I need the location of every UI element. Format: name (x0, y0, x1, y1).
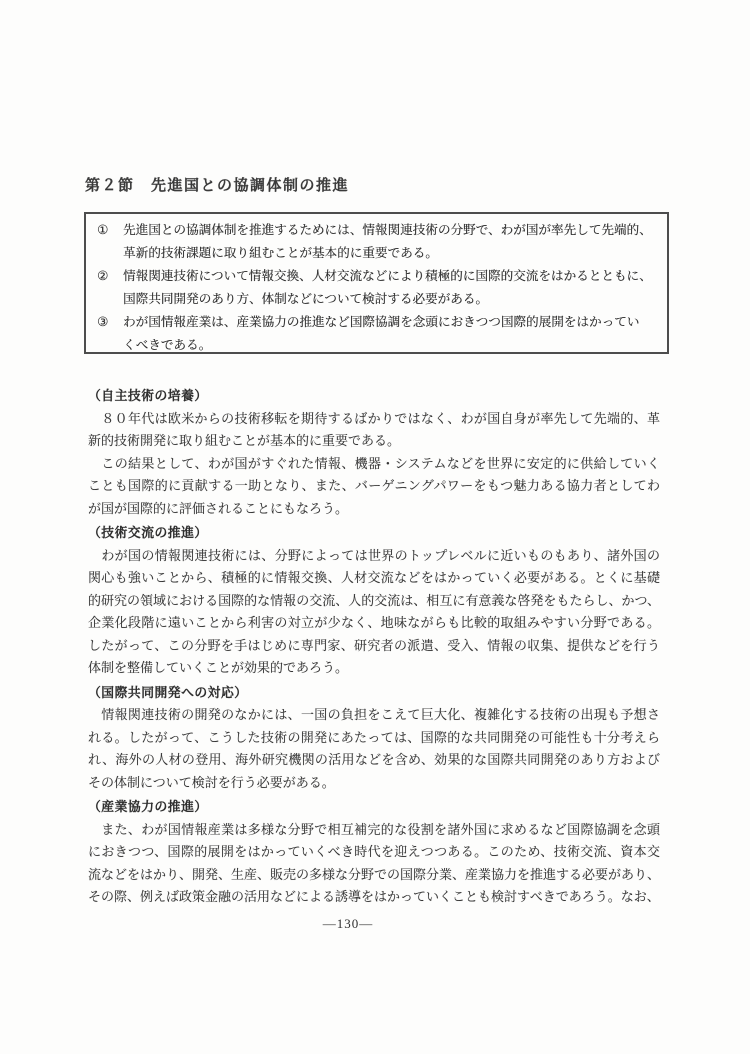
body-line: 的研究の領域における国際的な情報の交流、人的交流は、相互に有意義な啓発をもたらし… (88, 590, 660, 613)
item-line: 先進国との協調体制を推進するためには、情報関連技術の分野で、わが国が率先して先端… (123, 223, 652, 237)
body-line: れる。したがって、こうした技術の開発にあたっては、国際的な共同開発の可能性も十分… (88, 727, 660, 750)
document-page: 第２節 先進国との協調体制の推進 ①先進国との協調体制を推進するためには、情報関… (0, 0, 750, 1054)
item-marker: ① (97, 219, 123, 242)
body-line: 体制を整備していくことが効果的であろう。 (88, 657, 660, 680)
body-line: その体制について検討を行う必要がある。 (88, 772, 660, 795)
summary-box: ①先進国との協調体制を推進するためには、情報関連技術の分野で、わが国が率先して先… (84, 212, 669, 354)
summary-item: ③わが国情報産業は、産業協力の推進など国際協調を念頭におきつつ国際的展開をはかっ… (97, 311, 656, 334)
section-heading: （産業協力の推進） (88, 796, 660, 819)
section-heading: （自主技術の培養） (88, 385, 660, 408)
body-line: ８０年代は欧米からの技術移転を期待するばかりではなく、わが国自身が率先して先端的… (88, 408, 660, 431)
item-line: くべきである。 (97, 334, 656, 357)
summary-item: ①先進国との協調体制を推進するためには、情報関連技術の分野で、わが国が率先して先… (97, 219, 656, 242)
body-line: この結果として、わが国がすぐれた情報、機器・システムなどを世界に安定的に供給して… (88, 453, 660, 476)
section-heading: （技術交流の推進） (88, 522, 660, 545)
body-line: におきつつ、国際的展開をはかっていくべき時代を迎えつつある。このため、技術交流、… (88, 841, 660, 864)
item-marker: ② (97, 265, 123, 288)
item-line: 情報関連技術について情報交換、人材交流などにより積極的に国際的交流をはかるととも… (123, 269, 652, 283)
item-line: 革新的技術課題に取り組むことが基本的に重要である。 (97, 242, 656, 265)
page-title: 第２節 先進国との協調体制の推進 (85, 174, 349, 195)
body-line: また、わが国情報産業は多様な分野で相互補完的な役割を諸外国に求めるなど国際協調を… (88, 819, 660, 842)
item-line: 国際共同開発のあり方、体制などについて検討する必要がある。 (97, 288, 656, 311)
body-line: 関心も強いことから、積極的に情報交換、人材交流などをはかっていく必要がある。とく… (88, 567, 660, 590)
body-line: したがって、この分野を手はじめに専門家、研究者の派遣、受入、情報の収集、提供など… (88, 635, 660, 658)
body-line: 情報関連技術の開発のなかには、一国の負担をこえて巨大化、複雑化する技術の出現も予… (88, 704, 660, 727)
item-marker: ③ (97, 311, 123, 334)
section-heading: （国際共同開発への対応） (88, 682, 660, 705)
body-line: 企業化段階に遠いことから利害の対立が少なく、地味ながらも比較的取組みやすい分野で… (88, 612, 660, 635)
page-number: —130— (88, 916, 608, 932)
body-line: 流などをはかり、開発、生産、販売の多様な分野での国際分業、産業協力を推進する必要… (88, 864, 660, 887)
body-text: （自主技術の培養） ８０年代は欧米からの技術移転を期待するばかりではなく、わが国… (88, 385, 660, 909)
item-line: わが国情報産業は、産業協力の推進など国際協調を念頭におきつつ国際的展開をはかって… (123, 315, 639, 329)
body-line: ことも国際的に貢献する一助となり、また、バーゲニングパワーをもつ魅力ある協力者と… (88, 475, 660, 498)
body-line: わが国の情報関連技術には、分野によっては世界のトップレベルに近いものもあり、諸外… (88, 545, 660, 568)
summary-item: ②情報関連技術について情報交換、人材交流などにより積極的に国際的交流をはかるとと… (97, 265, 656, 288)
body-line: れ、海外の人材の登用、海外研究機関の活用などを含め、効果的な国際共同開発のあり方… (88, 749, 660, 772)
body-line: 新的技術開発に取り組むことが基本的に重要である。 (88, 430, 660, 453)
body-line: が国が国際的に評価されることにもなろう。 (88, 498, 660, 521)
body-line: その際、例えば政策金融の活用などによる誘導をはかっていくことも検討すべきであろう… (88, 886, 660, 909)
